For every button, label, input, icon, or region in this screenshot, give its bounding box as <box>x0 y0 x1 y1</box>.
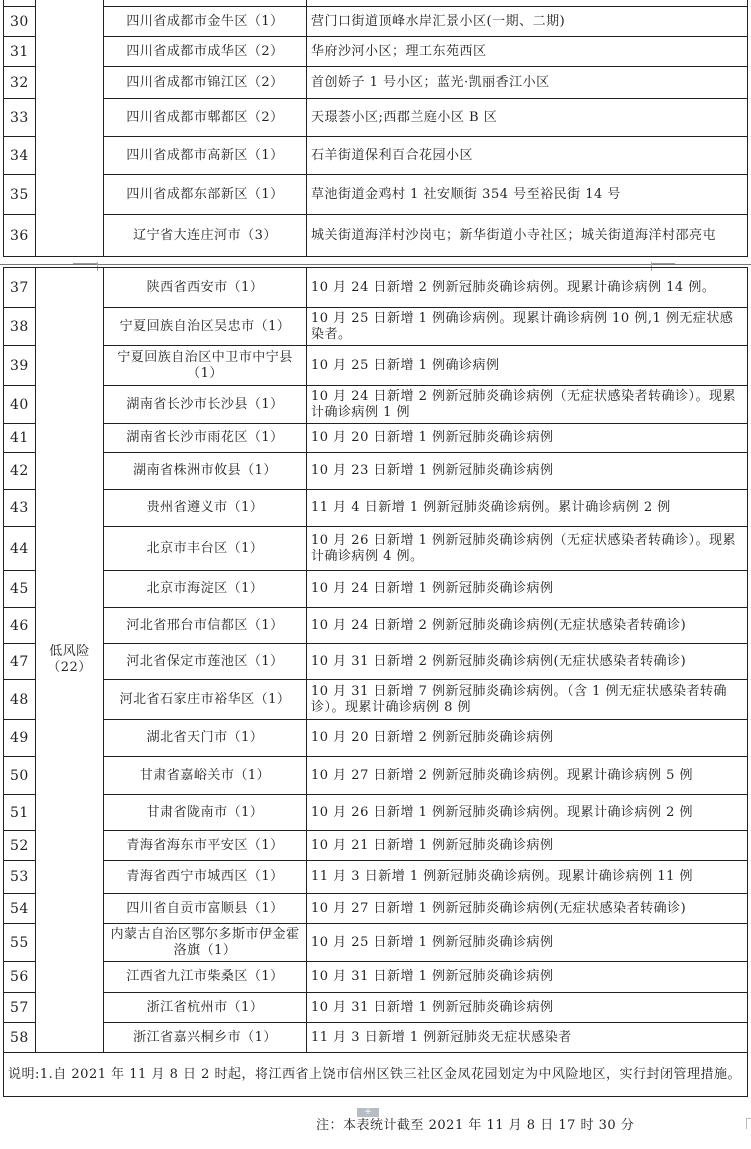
table-row: 35 四川省成都东部新区（1） 草池街道金鸡村 1 社安顺街 354 号至裕民街… <box>4 175 748 215</box>
table-row: 36 辽宁省大连庄河市（3） 城关街道海洋村沙岗屯；新华街道小寺社区；城关街道海… <box>4 215 748 257</box>
table-row: 45 北京市海淀区（1） 10 月 24 日新增 1 例新冠肺炎确诊病例 <box>4 571 748 608</box>
area-name: 浙江省杭州市（1） <box>104 993 307 1023</box>
area-name: 四川省成都市郫都区（2） <box>104 99 307 137</box>
area-detail: 10 月 24 日新增 2 例新冠肺炎确诊病例（无症状感染者转确诊）。现累计确诊… <box>307 386 748 424</box>
table-row: 32 四川省成都市锦江区（2） 首创娇子 1 号小区；蓝光·凯丽香江小区 <box>4 67 748 99</box>
row-number: 38 <box>4 308 36 346</box>
row-number: 53 <box>4 861 36 894</box>
area-name: 北京市海淀区（1） <box>104 571 307 608</box>
area-name: 湖南省长沙市雨花区（1） <box>104 424 307 453</box>
area-name: 甘肃省嘉峪关市（1） <box>104 757 307 795</box>
area-detail: 10 月 27 日新增 1 例新冠肺炎确诊病例(无症状感染者转确诊) <box>307 894 748 924</box>
table-row: 49 湖北省天门市（1） 10 月 20 日新增 2 例新冠肺炎确诊病例 <box>4 720 748 757</box>
page-break-line <box>0 264 751 265</box>
area-name: 四川省成都市成华区（2） <box>104 37 307 67</box>
area-detail: 华府沙河小区；理工东苑西区 <box>307 37 748 67</box>
row-number: 44 <box>4 527 36 571</box>
table-row: 37 低风险 （22） 陕西省西安市（1） 10 月 24 日新增 2 例新冠肺… <box>4 268 748 308</box>
row-number: 52 <box>4 831 36 861</box>
explanation-text: 说明:1.自 2021 年 11 月 8 日 2 时起，将江西省上饶市信州区铁三… <box>4 1053 748 1097</box>
table-row: 39 宁夏回族自治区中卫市中宁县（1） 10 月 25 日新增 1 例确诊病例 <box>4 346 748 386</box>
area-name: 四川省成都东部新区（1） <box>104 175 307 215</box>
row-number: 49 <box>4 720 36 757</box>
area-detail: 10 月 31 日新增 2 例新冠肺炎确诊病例(无症状感染者转确诊) <box>307 644 748 680</box>
row-number: 51 <box>4 795 36 831</box>
explanation-row: 说明:1.自 2021 年 11 月 8 日 2 时起，将江西省上饶市信州区铁三… <box>4 1053 748 1097</box>
area-name: 青海省西宁市城西区（1） <box>104 861 307 894</box>
area-name: 四川省成都市锦江区（2） <box>104 67 307 99</box>
page-corner-mark <box>746 1118 751 1129</box>
risk-table-segment-1: 30 四川省成都市金牛区（1） 营门口街道顶峰水岸汇景小区(一期、二期) 31 … <box>3 0 748 257</box>
row-number: 48 <box>4 680 36 720</box>
table-row: 54 四川省自贡市富顺县（1） 10 月 27 日新增 1 例新冠肺炎确诊病例(… <box>4 894 748 924</box>
area-name: 贵州省遵义市（1） <box>104 490 307 527</box>
area-detail: 10 月 21 日新增 1 例新冠肺炎确诊病例 <box>307 831 748 861</box>
row-number: 58 <box>4 1023 36 1053</box>
area-detail: 10 月 31 日新增 1 例新冠肺炎确诊病例 <box>307 993 748 1023</box>
table-row: 56 江西省九江市柴桑区（1） 10 月 31 日新增 1 例新冠肺炎确诊病例 <box>4 962 748 993</box>
area-detail: 10 月 23 日新增 1 例新冠肺炎确诊病例 <box>307 453 748 490</box>
area-detail: 10 月 20 日新增 1 例新冠肺炎确诊病例 <box>307 424 748 453</box>
area-name: 辽宁省大连庄河市（3） <box>104 215 307 257</box>
row-number: 32 <box>4 67 36 99</box>
area-detail: 10 月 25 日新增 1 例确诊病例。现累计确诊病例 10 例,1 例无症状感… <box>307 308 748 346</box>
row-number: 43 <box>4 490 36 527</box>
table-row: 53 青海省西宁市城西区（1） 11 月 3 日新增 1 例新冠肺炎确诊病例。现… <box>4 861 748 894</box>
area-detail: 11 月 3 日新增 1 例新冠肺炎无症状感染者 <box>307 1023 748 1053</box>
page-break-tick <box>651 263 675 264</box>
row-number: 36 <box>4 215 36 257</box>
area-detail: 10 月 31 日新增 1 例新冠肺炎确诊病例 <box>307 962 748 993</box>
area-name: 河北省邢台市信都区（1） <box>104 608 307 644</box>
row-number: 34 <box>4 137 36 175</box>
area-name: 陕西省西安市（1） <box>104 268 307 308</box>
table-row: 46 河北省邢台市信都区（1） 10 月 24 日新增 2 例新冠肺炎确诊病例(… <box>4 608 748 644</box>
area-detail: 10 月 24 日新增 1 例新冠肺炎确诊病例 <box>307 571 748 608</box>
area-name: 宁夏回族自治区吴忠市（1） <box>104 308 307 346</box>
area-detail: 石羊街道保利百合花园小区 <box>307 137 748 175</box>
area-detail: 10 月 20 日新增 2 例新冠肺炎确诊病例 <box>307 720 748 757</box>
area-name: 四川省成都市金牛区（1） <box>104 7 307 37</box>
area-name: 四川省自贡市富顺县（1） <box>104 894 307 924</box>
table-row: 43 贵州省遵义市（1） 11 月 4 日新增 1 例新冠肺炎确诊病例。累计确诊… <box>4 490 748 527</box>
table-row: 41 湖南省长沙市雨花区（1） 10 月 20 日新增 1 例新冠肺炎确诊病例 <box>4 424 748 453</box>
risk-table-segment-2: 37 低风险 （22） 陕西省西安市（1） 10 月 24 日新增 2 例新冠肺… <box>3 267 748 1097</box>
area-name: 湖南省株洲市攸县（1） <box>104 453 307 490</box>
area-name: 宁夏回族自治区中卫市中宁县（1） <box>104 346 307 386</box>
area-name: 湖北省天门市（1） <box>104 720 307 757</box>
area-detail: 10 月 24 日新增 2 例新冠肺炎确诊病例(无症状感染者转确诊) <box>307 608 748 644</box>
area-name: 江西省九江市柴桑区（1） <box>104 962 307 993</box>
table-row: 38 宁夏回族自治区吴忠市（1） 10 月 25 日新增 1 例确诊病例。现累计… <box>4 308 748 346</box>
risk-category-cell: 低风险 （22） <box>36 268 104 1053</box>
area-detail: 10 月 25 日新增 1 例新冠肺炎确诊病例 <box>307 924 748 962</box>
row-number: 45 <box>4 571 36 608</box>
row-number: 37 <box>4 268 36 308</box>
area-detail: 10 月 26 日新增 1 例新冠肺炎确诊病例。现累计确诊病例 2 例 <box>307 795 748 831</box>
area-detail: 10 月 31 日新增 7 例新冠肺炎确诊病例。（含 1 例无症状感染者转确诊）… <box>307 680 748 720</box>
table-row: 48 河北省石家庄市裕华区（1） 10 月 31 日新增 7 例新冠肺炎确诊病例… <box>4 680 748 720</box>
table-row: 44 北京市丰台区（1） 10 月 26 日新增 1 例新冠肺炎确诊病例（无症状… <box>4 527 748 571</box>
area-name: 浙江省嘉兴桐乡市（1） <box>104 1023 307 1053</box>
table-row: 55 内蒙古自治区鄂尔多斯市伊金霍洛旗（1） 10 月 25 日新增 1 例新冠… <box>4 924 748 962</box>
area-name: 湖南省长沙市长沙县（1） <box>104 386 307 424</box>
row-number: 50 <box>4 757 36 795</box>
row-number: 56 <box>4 962 36 993</box>
area-name: 河北省保定市莲池区（1） <box>104 644 307 680</box>
row-number: 41 <box>4 424 36 453</box>
table-row: 42 湖南省株洲市攸县（1） 10 月 23 日新增 1 例新冠肺炎确诊病例 <box>4 453 748 490</box>
table-row: 52 青海省海东市平安区（1） 10 月 21 日新增 1 例新冠肺炎确诊病例 <box>4 831 748 861</box>
area-name: 青海省海东市平安区（1） <box>104 831 307 861</box>
table-row: 31 四川省成都市成华区（2） 华府沙河小区；理工东苑西区 <box>4 37 748 67</box>
row-number: 30 <box>4 7 36 37</box>
category-cell-continued <box>36 0 104 257</box>
table-row: 40 湖南省长沙市长沙县（1） 10 月 24 日新增 2 例新冠肺炎确诊病例（… <box>4 386 748 424</box>
page-break-tick <box>73 263 97 264</box>
table-row: 51 甘肃省陇南市（1） 10 月 26 日新增 1 例新冠肺炎确诊病例。现累计… <box>4 795 748 831</box>
area-detail: 天璟荟小区;西郡兰庭小区 B 区 <box>307 99 748 137</box>
table-row: 57 浙江省杭州市（1） 10 月 31 日新增 1 例新冠肺炎确诊病例 <box>4 993 748 1023</box>
table-row: 47 河北省保定市莲池区（1） 10 月 31 日新增 2 例新冠肺炎确诊病例(… <box>4 644 748 680</box>
table-row: 34 四川省成都市高新区（1） 石羊街道保利百合花园小区 <box>4 137 748 175</box>
area-detail: 城关街道海洋村沙岗屯；新华街道小寺社区；城关街道海洋村邵亮屯 <box>307 215 748 257</box>
row-number: 42 <box>4 453 36 490</box>
area-detail: 10 月 26 日新增 1 例新冠肺炎确诊病例（无症状感染者转确诊）。现累计确诊… <box>307 527 748 571</box>
area-name: 北京市丰台区（1） <box>104 527 307 571</box>
risk-category-count: （22） <box>40 660 99 676</box>
area-detail: 10 月 24 日新增 2 例新冠肺炎确诊病例。现累计确诊病例 14 例。 <box>307 268 748 308</box>
area-detail: 草池街道金鸡村 1 社安顺街 354 号至裕民街 14 号 <box>307 175 748 215</box>
area-detail: 10 月 27 日新增 2 例新冠肺炎确诊病例。现累计确诊病例 5 例 <box>307 757 748 795</box>
area-detail: 10 月 25 日新增 1 例确诊病例 <box>307 346 748 386</box>
row-number: 39 <box>4 346 36 386</box>
area-detail: 11 月 3 日新增 1 例新冠肺炎确诊病例。现累计确诊病例 11 例 <box>307 861 748 894</box>
row-number: 35 <box>4 175 36 215</box>
row-number: 33 <box>4 99 36 137</box>
area-name: 甘肃省陇南市（1） <box>104 795 307 831</box>
footer-note: 注：本表统计截至 2021 年 11 月 8 日 17 时 30 分 <box>316 1114 634 1133</box>
area-detail: 11 月 4 日新增 1 例新冠肺炎确诊病例。累计确诊病例 2 例 <box>307 490 748 527</box>
row-number: 47 <box>4 644 36 680</box>
row-number: 46 <box>4 608 36 644</box>
table-row: 58 浙江省嘉兴桐乡市（1） 11 月 3 日新增 1 例新冠肺炎无症状感染者 <box>4 1023 748 1053</box>
area-name: 河北省石家庄市裕华区（1） <box>104 680 307 720</box>
row-number: 55 <box>4 924 36 962</box>
area-detail: 营门口街道顶峰水岸汇景小区(一期、二期) <box>307 7 748 37</box>
table-row: 33 四川省成都市郫都区（2） 天璟荟小区;西郡兰庭小区 B 区 <box>4 99 748 137</box>
row-number: 31 <box>4 37 36 67</box>
risk-category-label: 低风险 <box>40 644 99 660</box>
area-name: 内蒙古自治区鄂尔多斯市伊金霍洛旗（1） <box>104 924 307 962</box>
row-number: 54 <box>4 894 36 924</box>
row-number: 40 <box>4 386 36 424</box>
area-detail: 首创娇子 1 号小区；蓝光·凯丽香江小区 <box>307 67 748 99</box>
table-row: 30 四川省成都市金牛区（1） 营门口街道顶峰水岸汇景小区(一期、二期) <box>4 7 748 37</box>
row-number: 57 <box>4 993 36 1023</box>
area-name: 四川省成都市高新区（1） <box>104 137 307 175</box>
table-row: 50 甘肃省嘉峪关市（1） 10 月 27 日新增 2 例新冠肺炎确诊病例。现累… <box>4 757 748 795</box>
